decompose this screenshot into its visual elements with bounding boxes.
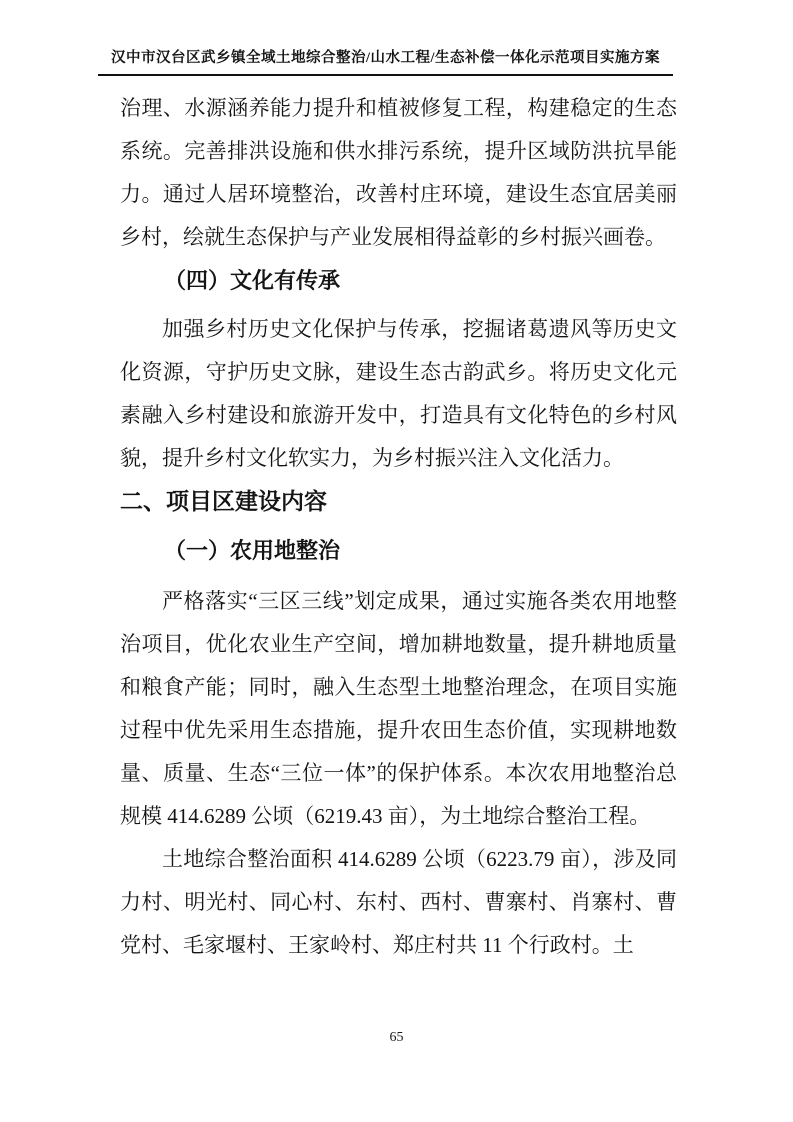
heading-culture-inheritance: （四）文化有传承 bbox=[120, 259, 677, 302]
paragraph-culture: 加强乡村历史文化保护与传承，挖掘诸葛遗风等历史文化资源，守护历史文脉，建设生态古… bbox=[120, 308, 677, 480]
heading-section2-construction-content: 二、项目区建设内容 bbox=[120, 480, 677, 523]
paragraph-farmland-consolidation: 严格落实“三区三线”划定成果，通过实施各类农用地整治项目，优化农业生产空间，增加… bbox=[120, 580, 677, 838]
header-title: 汉中市汉台区武乡镇全域土地综合整治/山水工程/生态补偿一体化示范项目实施方案 bbox=[111, 50, 660, 66]
page-number: 65 bbox=[390, 1030, 404, 1045]
document-page: 汉中市汉台区武乡镇全域土地综合整治/山水工程/生态补偿一体化示范项目实施方案 治… bbox=[0, 0, 793, 1122]
paragraph-consolidation-area: 土地综合整治面积 414.6289 公顷（6223.79 亩），涉及同力村、明光… bbox=[120, 838, 677, 967]
heading-farmland-consolidation: （一）农用地整治 bbox=[120, 529, 677, 572]
paragraph-ecology-continuation: 治理、水源涵养能力提升和植被修复工程，构建稳定的生态系统。完善排洪设施和供水排污… bbox=[120, 87, 677, 259]
page-footer: 65 bbox=[0, 1030, 793, 1046]
page-body: 治理、水源涵养能力提升和植被修复工程，构建稳定的生态系统。完善排洪设施和供水排污… bbox=[120, 87, 677, 967]
page-header: 汉中市汉台区武乡镇全域土地综合整治/山水工程/生态补偿一体化示范项目实施方案 bbox=[98, 46, 673, 76]
